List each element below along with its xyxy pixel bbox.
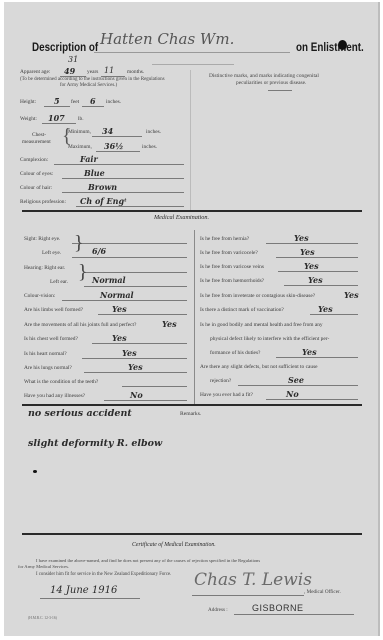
fitness-question-1: Is he in good bodily and mental health a…: [200, 322, 323, 328]
weight-value: 107: [48, 113, 65, 123]
address-label: Address :: [208, 607, 228, 613]
religion-value: Ch of Engᵗ: [80, 196, 127, 206]
defects-question-2: rejection?: [210, 378, 231, 384]
remarks-line-1: no serious accident: [28, 408, 132, 419]
medical-heading: Medical Examination.: [154, 214, 209, 221]
eyes-value: Blue: [84, 168, 105, 178]
title-prefix: Description of: [32, 40, 98, 54]
hernia-label: Is he free from hernia?: [200, 236, 249, 242]
haemorrhoids-label: Is he free from hæmorrhoids?: [200, 278, 264, 284]
chest-label-1: Chest-: [32, 132, 46, 138]
hearing-right-label: Hearing: Right ear.: [24, 265, 65, 271]
limbs-value: Yes: [112, 304, 127, 314]
weight-unit: lb.: [78, 116, 84, 122]
years-label: years: [87, 69, 98, 75]
heart-label: Is his heart normal?: [24, 351, 67, 357]
illnesses-label: Have you had any illnesses?: [24, 393, 85, 399]
certificate-text-1: I have examined the above-named, and fin…: [36, 558, 260, 563]
defects-value: See: [288, 375, 304, 385]
weight-label: Weight:: [20, 116, 37, 122]
joints-value: Yes: [162, 319, 177, 329]
sight-right-label: Sight: Right eye.: [24, 236, 60, 242]
limbs-label: Are his limbs well formed?: [24, 307, 83, 313]
colour-vision-value: Normal: [100, 290, 134, 300]
age-note-2: for Army Medical Services.): [60, 83, 117, 88]
address-value: GISBORNE: [252, 603, 304, 613]
varicocele-value: Yes: [300, 247, 315, 257]
varicose-label: Is he free from varicose veins: [200, 264, 264, 270]
hair-label: Colour of hair:: [20, 185, 52, 191]
distinctive-marks-heading-1: Distinctive marks, and marks indicating …: [209, 73, 319, 79]
certificate-text-2: for Army Medical Services.: [18, 564, 69, 569]
height-label: Height:: [20, 99, 36, 105]
inches-label: inches.: [106, 99, 121, 105]
religion-label: Religious profession:: [20, 199, 66, 205]
title-suffix: on Enlistment.: [296, 40, 364, 54]
ink-blot: [338, 40, 347, 50]
hernia-value: Yes: [294, 233, 309, 243]
certificate-date: 14 June 1916: [50, 585, 117, 596]
fitness-question-2: physical defect likely to interfere with…: [210, 336, 329, 342]
age-years: 49: [64, 66, 75, 76]
fitness-value: Yes: [302, 347, 317, 357]
chest-min-label: Minimum,: [68, 129, 91, 135]
heart-value: Yes: [122, 348, 137, 358]
feet-label: feet: [71, 99, 79, 105]
sight-value: 6/6: [92, 246, 106, 256]
skin-disease-label: Is he free from inveterate or contagious…: [200, 293, 315, 299]
hearing-value: Normal: [92, 275, 126, 285]
skin-disease-value: Yes: [344, 290, 359, 300]
lungs-value: Yes: [128, 362, 143, 372]
eyes-label: Colour of eyes:: [20, 171, 53, 177]
chest-label-2: measurement: [22, 139, 51, 145]
defects-question-1: Are there any slight defects, but not su…: [200, 364, 318, 370]
certificate-text-3: I consider him fit for service in the Ne…: [36, 572, 171, 577]
vaccination-value: Yes: [318, 304, 333, 314]
ink-dot: [33, 470, 37, 473]
medical-officer-signature: Chas T. Lewis: [194, 570, 312, 590]
height-feet: 5: [54, 96, 60, 106]
chest-min-value: 34: [102, 126, 113, 136]
teeth-label: What is the condition of the teeth?: [24, 379, 98, 385]
certificate-heading: Certificate of Medical Examination.: [132, 542, 216, 548]
hearing-brace: }: [78, 261, 88, 284]
fitness-question-3: formance of his duties?: [210, 350, 260, 356]
recruit-name: Hatten Chas Wm.: [100, 30, 234, 48]
fit-question: Have you ever had a fit?: [200, 392, 253, 398]
age-months: 11: [104, 66, 114, 75]
age-note-1: (To be determined according to the instr…: [20, 77, 165, 82]
chest-max-unit: inches.: [142, 144, 157, 150]
age-label: Apparent age:: [20, 69, 50, 75]
haemorrhoids-value: Yes: [308, 275, 323, 285]
colour-vision-label: Colour-vision:: [24, 293, 55, 299]
lungs-label: Are his lungs normal?: [24, 365, 72, 371]
sight-left-label: Left eye.: [42, 250, 61, 256]
distinctive-marks-heading-2: peculiarities or previous disease.: [236, 80, 306, 86]
complexion-label: Complexion:: [20, 157, 48, 163]
printer-mark: (H.M.R.C. 12-3-16): [28, 616, 57, 620]
hair-value: Brown: [88, 182, 117, 192]
chest-formed-value: Yes: [112, 333, 127, 343]
fit-value: No: [286, 389, 299, 399]
sight-brace: }: [74, 232, 84, 255]
chest-min-unit: inches.: [146, 129, 161, 135]
varicose-value: Yes: [304, 261, 319, 271]
remarks-line-2: slight deformity R. elbow: [28, 438, 162, 449]
medical-officer-label: , Medical Officer.: [304, 589, 341, 595]
complexion-value: Fair: [80, 154, 98, 164]
chest-formed-label: Is his chest well formed?: [24, 336, 78, 342]
joints-label: Are the movements of all his joints full…: [24, 322, 136, 328]
height-inches: 6: [90, 96, 96, 106]
age-annotation: 31: [68, 55, 78, 64]
remarks-heading: Remarks.: [180, 411, 201, 417]
hearing-left-label: Left ear.: [50, 279, 68, 285]
months-label: months.: [127, 69, 144, 75]
vaccination-label: Is there a distinct mark of vaccination?: [200, 307, 284, 313]
varicocele-label: Is he free from varicocele?: [200, 250, 258, 256]
illnesses-value: No: [130, 390, 143, 400]
chest-max-label: Maximum,: [68, 144, 92, 150]
enlistment-form: Description of Hatten Chas Wm. on Enlist…: [4, 2, 380, 636]
chest-max-value: 36½: [104, 141, 123, 151]
